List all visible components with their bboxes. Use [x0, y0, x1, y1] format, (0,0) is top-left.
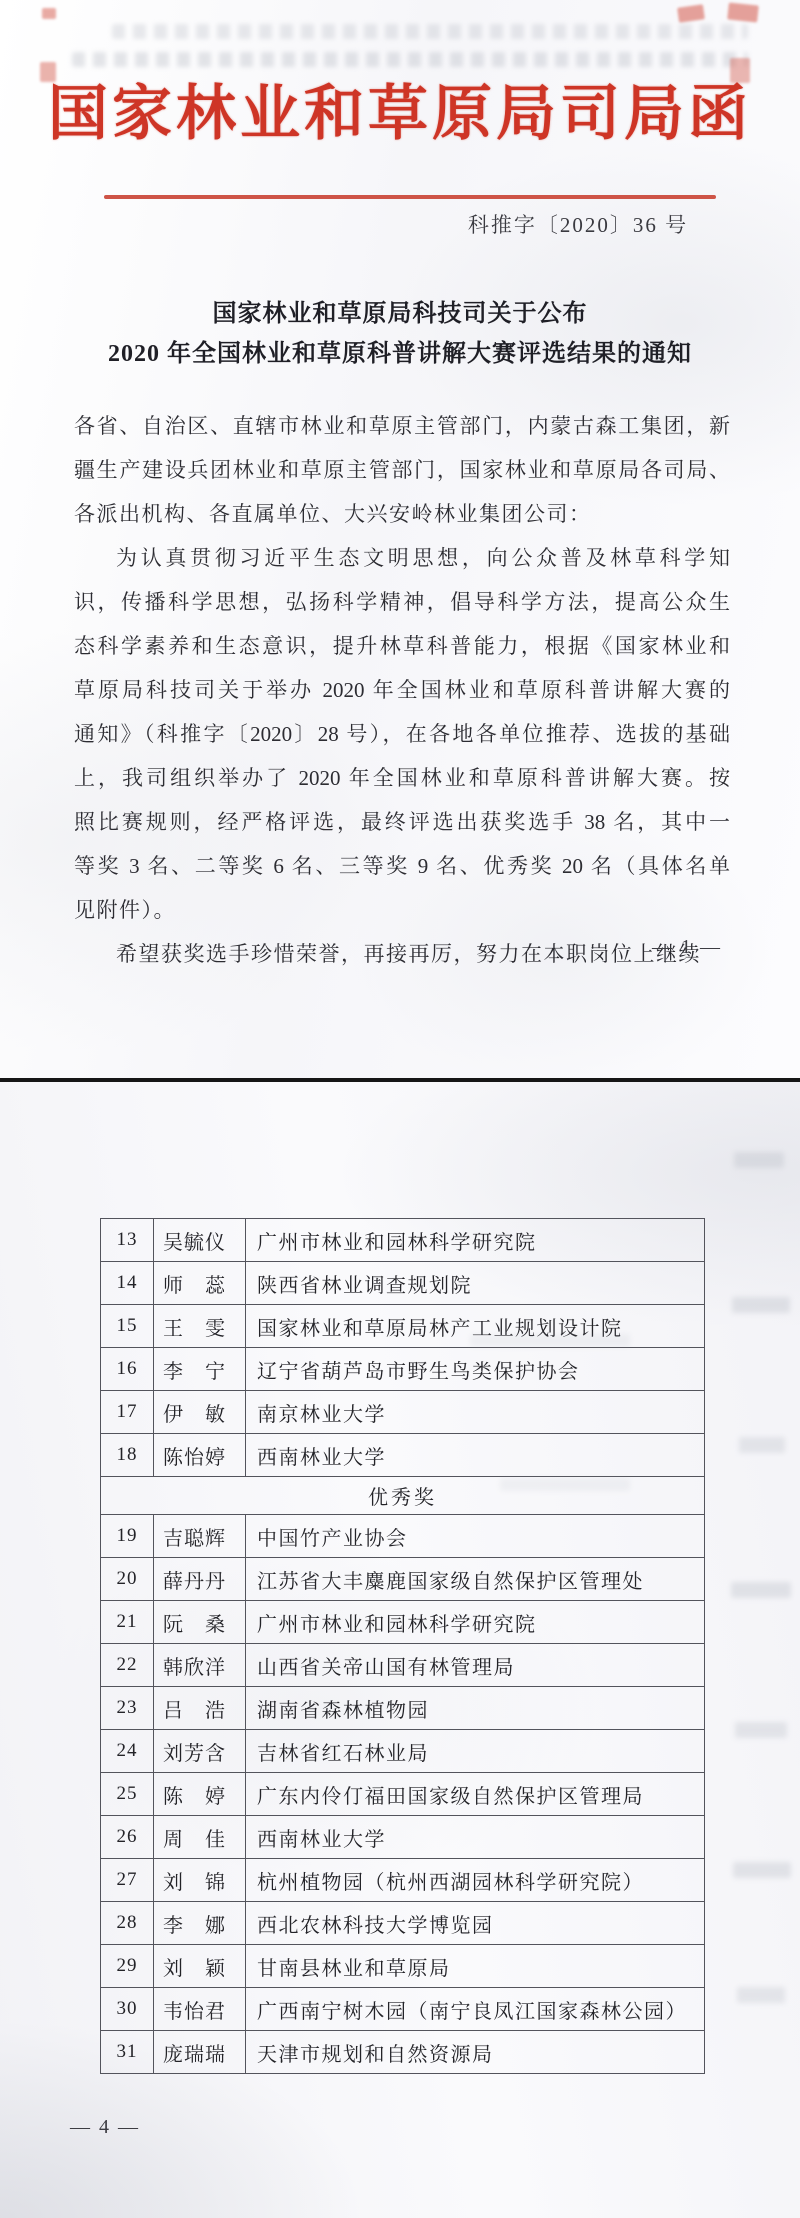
- cell-rank-number: 20: [101, 1558, 154, 1601]
- bleedthrough-text-row-1: [112, 24, 748, 39]
- table-row: 14师 蕊陕西省林业调查规划院: [101, 1262, 705, 1305]
- body-line: 草原局科技司关于举办 2020 年全国林业和草原科普讲解大赛的: [74, 668, 730, 712]
- cell-winner-name: 陈 婷: [154, 1773, 246, 1816]
- bleedthrough-mark: [733, 1862, 791, 1878]
- table-row: 23吕 浩湖南省森林植物园: [101, 1687, 705, 1730]
- body-line: 态科学素养和生态意识，提升林草科普能力，根据《国家林业和: [74, 624, 730, 668]
- cell-winner-name: 师 蕊: [154, 1262, 246, 1305]
- cell-winner-name: 吴毓仪: [154, 1219, 246, 1262]
- body-line: 各派出机构、各直属单位、大兴安岭林业集团公司：: [74, 492, 730, 536]
- bleedthrough-mark: [739, 1437, 785, 1453]
- cell-rank-number: 28: [101, 1902, 154, 1945]
- cell-winner-name: 韦怡君: [154, 1988, 246, 2031]
- red-bleed-mark: [42, 8, 56, 19]
- cell-organization: 西南林业大学: [246, 1434, 705, 1477]
- cell-organization: 吉林省红石林业局: [246, 1730, 705, 1773]
- cell-organization: 山西省关帝山国有林管理局: [246, 1644, 705, 1687]
- table-row: 30韦怡君广西南宁树木园（南宁良凤江国家森林公园）: [101, 1988, 705, 2031]
- cell-rank-number: 15: [101, 1305, 154, 1348]
- cell-organization: 广东内伶仃福田国家级自然保护区管理局: [246, 1773, 705, 1816]
- table-row: 19吉聪辉中国竹产业协会: [101, 1515, 705, 1558]
- cell-winner-name: 王 雯: [154, 1305, 246, 1348]
- scanned-letter: 国家林业和草原局司局函 科推字〔2020〕36 号 国家林业和草原局科技司关于公…: [0, 0, 800, 2218]
- cell-rank-number: 26: [101, 1816, 154, 1859]
- cell-organization: 西南林业大学: [246, 1816, 705, 1859]
- table-row: 18陈怡婷西南林业大学: [101, 1434, 705, 1477]
- cell-winner-name: 韩欣洋: [154, 1644, 246, 1687]
- cell-organization: 陕西省林业调查规划院: [246, 1262, 705, 1305]
- body-line: 上，我司组织举办了 2020 年全国林业和草原科普讲解大赛。按: [74, 756, 730, 800]
- cell-organization: 甘南县林业和草原局: [246, 1945, 705, 1988]
- cell-rank-number: 25: [101, 1773, 154, 1816]
- cell-organization: 广西南宁树木园（南宁良凤江国家森林公园）: [246, 1988, 705, 2031]
- table-row: 24刘芳含吉林省红石林业局: [101, 1730, 705, 1773]
- table-row: 20薛丹丹江苏省大丰麋鹿国家级自然保护区管理处: [101, 1558, 705, 1601]
- cell-rank-number: 16: [101, 1348, 154, 1391]
- table-row: 16李 宁辽宁省葫芦岛市野生鸟类保护协会: [101, 1348, 705, 1391]
- table-row: 28李 娜西北农林科技大学博览园: [101, 1902, 705, 1945]
- cell-organization: 南京林业大学: [246, 1391, 705, 1434]
- cell-organization: 广州市林业和园林科学研究院: [246, 1601, 705, 1644]
- body-line: 见附件）。: [74, 888, 730, 932]
- table-row: 25陈 婷广东内伶仃福田国家级自然保护区管理局: [101, 1773, 705, 1816]
- notice-title-line2: 2020 年全国林业和草原科普讲解大赛评选结果的通知: [0, 334, 800, 374]
- table-row: 22韩欣洋山西省关帝山国有林管理局: [101, 1644, 705, 1687]
- page-2: 13吴毓仪广州市林业和园林科学研究院14师 蕊陕西省林业调查规划院15王 雯国家…: [0, 1082, 800, 2218]
- cell-rank-number: 21: [101, 1601, 154, 1644]
- notice-title: 国家林业和草原局科技司关于公布 2020 年全国林业和草原科普讲解大赛评选结果的…: [0, 294, 800, 374]
- cell-rank-number: 31: [101, 2031, 154, 2074]
- cell-winner-name: 庞瑞瑞: [154, 2031, 246, 2074]
- cell-rank-number: 14: [101, 1262, 154, 1305]
- letterhead-title: 国家林业和草原局司局函: [0, 66, 800, 152]
- bleedthrough-mark: [731, 1582, 791, 1598]
- bleedthrough-mark: [470, 1334, 630, 1347]
- bleedthrough-mark: [500, 1478, 630, 1491]
- table-row: 27刘 锦杭州植物园（杭州西湖园林科学研究院）: [101, 1859, 705, 1902]
- body-line: 等奖 3 名、二等奖 6 名、三等奖 9 名、优秀奖 20 名（具体名单: [74, 844, 730, 888]
- cell-organization: 湖南省森林植物园: [246, 1687, 705, 1730]
- cell-winner-name: 刘 锦: [154, 1859, 246, 1902]
- red-bleed-mark: [727, 2, 759, 22]
- cell-organization: 杭州植物园（杭州西湖园林科学研究院）: [246, 1859, 705, 1902]
- page-number-1: — 1 —: [652, 936, 722, 959]
- table-row: 21阮 桑广州市林业和园林科学研究院: [101, 1601, 705, 1644]
- bleedthrough-mark: [732, 1297, 790, 1313]
- cell-rank-number: 19: [101, 1515, 154, 1558]
- cell-organization: 天津市规划和自然资源局: [246, 2031, 705, 2074]
- page-1: 国家林业和草原局司局函 科推字〔2020〕36 号 国家林业和草原局科技司关于公…: [0, 0, 800, 1078]
- bleedthrough-mark: [737, 1987, 785, 2003]
- cell-winner-name: 吉聪辉: [154, 1515, 246, 1558]
- bleedthrough-mark: [734, 1152, 784, 1168]
- body-line: 为认真贯彻习近平生态文明思想，向公众普及林草科学知: [74, 536, 730, 580]
- cell-winner-name: 刘芳含: [154, 1730, 246, 1773]
- cell-organization: 江苏省大丰麋鹿国家级自然保护区管理处: [246, 1558, 705, 1601]
- bleedthrough-mark: [735, 1722, 787, 1738]
- cell-rank-number: 22: [101, 1644, 154, 1687]
- table-row: 31庞瑞瑞天津市规划和自然资源局: [101, 2031, 705, 2074]
- notice-title-line1: 国家林业和草原局科技司关于公布: [0, 294, 800, 334]
- body-text: 各省、自治区、直辖市林业和草原主管部门，内蒙古森工集团，新疆生产建设兵团林业和草…: [74, 404, 730, 976]
- table-row: 26周 佳西南林业大学: [101, 1816, 705, 1859]
- cell-rank-number: 29: [101, 1945, 154, 1988]
- cell-rank-number: 13: [101, 1219, 154, 1262]
- table-row: 29刘 颖甘南县林业和草原局: [101, 1945, 705, 1988]
- cell-winner-name: 李 宁: [154, 1348, 246, 1391]
- body-line: 各省、自治区、直辖市林业和草原主管部门，内蒙古森工集团，新: [74, 404, 730, 448]
- red-bleed-mark: [677, 4, 705, 22]
- cell-winner-name: 伊 敏: [154, 1391, 246, 1434]
- cell-rank-number: 23: [101, 1687, 154, 1730]
- cell-rank-number: 27: [101, 1859, 154, 1902]
- cell-organization: 中国竹产业协会: [246, 1515, 705, 1558]
- table-row: 13吴毓仪广州市林业和园林科学研究院: [101, 1219, 705, 1262]
- page-number-4: — 4 —: [70, 2116, 140, 2139]
- cell-rank-number: 18: [101, 1434, 154, 1477]
- body-line: 希望获奖选手珍惜荣誉，再接再厉，努力在本职岗位上继续: [74, 932, 730, 976]
- cell-organization: 广州市林业和园林科学研究院: [246, 1219, 705, 1262]
- body-line: 照比赛规则，经严格评选，最终评选出获奖选手 38 名，其中一: [74, 800, 730, 844]
- letterhead-rule: [104, 195, 716, 199]
- cell-organization: 辽宁省葫芦岛市野生鸟类保护协会: [246, 1348, 705, 1391]
- cell-winner-name: 刘 颖: [154, 1945, 246, 1988]
- cell-winner-name: 阮 桑: [154, 1601, 246, 1644]
- body-line: 识，传播科学思想，弘扬科学精神，倡导科学方法，提高公众生: [74, 580, 730, 624]
- cell-winner-name: 吕 浩: [154, 1687, 246, 1730]
- cell-winner-name: 李 娜: [154, 1902, 246, 1945]
- cell-winner-name: 陈怡婷: [154, 1434, 246, 1477]
- cell-winner-name: 周 佳: [154, 1816, 246, 1859]
- table-row: 17伊 敏南京林业大学: [101, 1391, 705, 1434]
- cell-organization: 西北农林科技大学博览园: [246, 1902, 705, 1945]
- cell-rank-number: 24: [101, 1730, 154, 1773]
- cell-rank-number: 17: [101, 1391, 154, 1434]
- body-line: 通知》（科推字〔2020〕28 号），在各地各单位推荐、选拔的基础: [74, 712, 730, 756]
- body-line: 疆生产建设兵团林业和草原主管部门，国家林业和草原局各司局、: [74, 448, 730, 492]
- cell-winner-name: 薛丹丹: [154, 1558, 246, 1601]
- doc-number: 科推字〔2020〕36 号: [178, 209, 800, 239]
- bleedthrough-text-row-2: [72, 52, 748, 67]
- cell-rank-number: 30: [101, 1988, 154, 2031]
